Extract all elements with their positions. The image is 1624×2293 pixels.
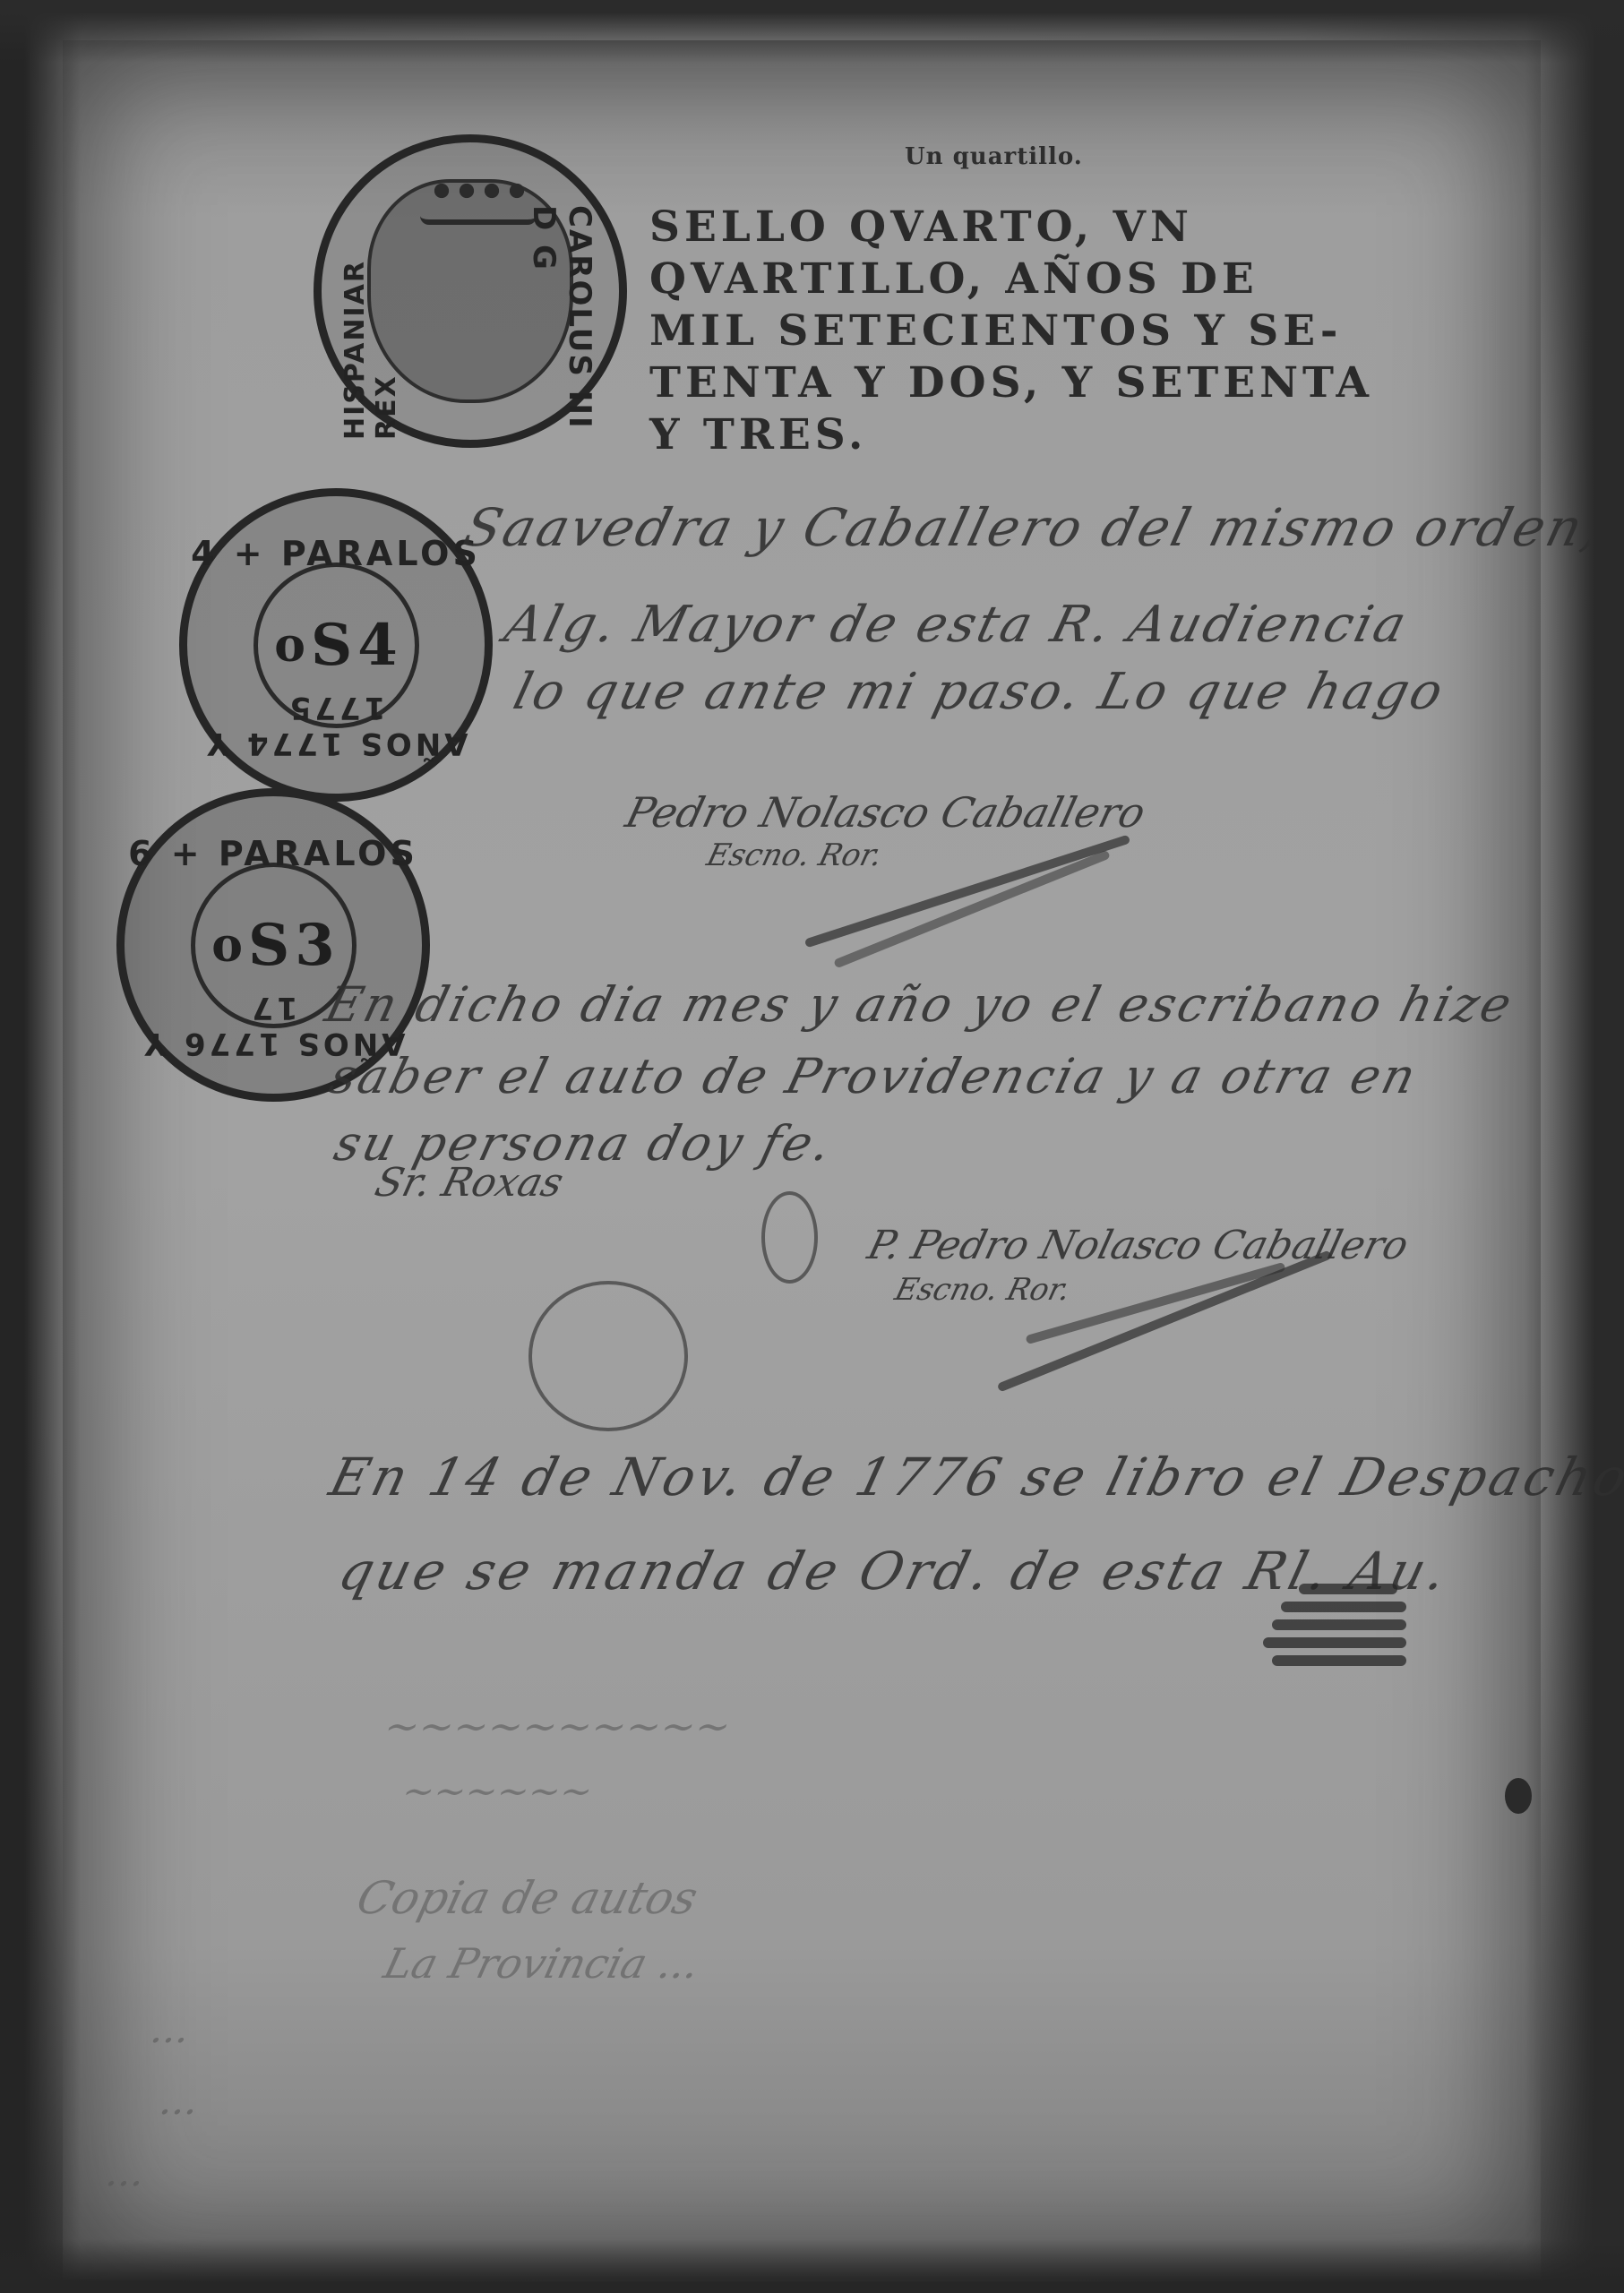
seal-legend-left: HISPANIAR REX bbox=[339, 223, 597, 440]
handwritten-line: saber el auto de Providencia y a otra en bbox=[324, 1048, 1423, 1104]
header-line: Sello qvarto, vn bbox=[649, 202, 1420, 253]
rubric-text: Sr. Roxas bbox=[371, 1160, 568, 1206]
handwritten-line: En dicho dia mes y año yo el escribano h… bbox=[320, 976, 1519, 1033]
seal-center-left: S bbox=[311, 612, 352, 679]
signature-name: P. Pedro Nolasco Caballero bbox=[864, 1223, 1413, 1268]
royal-arms-seal-icon: CAROLUS III D G HISPANIAR REX bbox=[314, 134, 627, 448]
signature-title: Escno. Ror. bbox=[891, 1272, 1074, 1308]
rubric-loop-icon bbox=[528, 1281, 688, 1431]
handwritten-line: lo que ante mi paso. Lo que hago bbox=[508, 663, 1451, 721]
crown-icon bbox=[420, 175, 537, 225]
faded-ink: ~~~~~~~~~~ bbox=[379, 1702, 736, 1750]
handwritten-line: En 14 de Nov. de 1776 se libro el Despac… bbox=[324, 1447, 1624, 1507]
header-line: tenta y dos, y setenta bbox=[649, 357, 1420, 409]
header-line: qvartillo, años de bbox=[649, 253, 1420, 305]
stamp-value-line: Un quartillo. bbox=[905, 143, 1083, 170]
header-line: y tres. bbox=[649, 409, 1420, 461]
scan-edge-bottom bbox=[0, 2239, 1624, 2293]
seal-ring-bottom: AÑOS 1774 Y 1775 bbox=[187, 690, 485, 761]
faded-handwritten-line: Copia de autos bbox=[352, 1872, 703, 1924]
rubric-loop-icon bbox=[761, 1191, 818, 1284]
signature-title: Escno. Ror. bbox=[703, 837, 886, 873]
printed-stamp-header: Sello qvarto, vn qvartillo, años de mil … bbox=[649, 202, 1420, 461]
scan-edge-left bbox=[0, 0, 81, 2293]
handwritten-line: Saavedra y Caballero del mismo orden, bbox=[459, 497, 1611, 558]
seal-ring-top: 6 + PARALOS bbox=[125, 834, 422, 873]
seal-center-left: S bbox=[248, 912, 289, 979]
handwritten-line: Alg. Mayor de esta R. Audiencia bbox=[499, 596, 1414, 654]
faded-handwritten-line: La Provincia ... bbox=[379, 1939, 704, 1988]
seal-center-right: 4 bbox=[357, 612, 398, 679]
seal-center-right: 3 bbox=[295, 912, 335, 979]
signature-name: Pedro Nolasco Caballero bbox=[621, 788, 1150, 837]
seal-center-small: o bbox=[274, 618, 305, 673]
rubric-flourish-icon bbox=[1263, 1576, 1424, 1747]
scan-edge-right bbox=[1525, 0, 1624, 2293]
header-line: mil setecientos y se- bbox=[649, 305, 1420, 357]
scan-edge-top bbox=[0, 0, 1624, 63]
stamp-seal-4-icon: 4 + PARALOS o S 4 AÑOS 1774 Y 1775 bbox=[179, 488, 493, 802]
faded-ink: ~~~~~~ bbox=[398, 1769, 597, 1813]
seal-center-small: o bbox=[211, 918, 243, 973]
seal-ring-top: 4 + PARALOS bbox=[187, 534, 485, 573]
ink-blot bbox=[1505, 1778, 1532, 1814]
